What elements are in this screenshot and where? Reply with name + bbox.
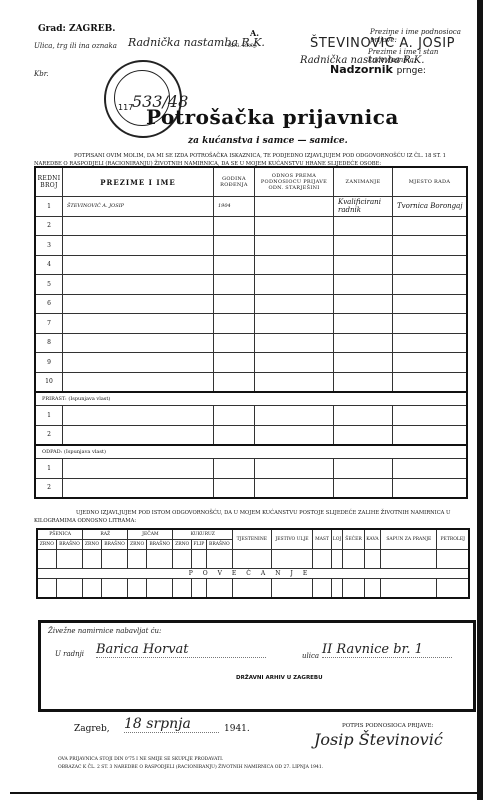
- cell-workplace[interactable]: [393, 333, 468, 353]
- cell-relation[interactable]: [255, 216, 334, 236]
- stock-cell[interactable]: [206, 579, 233, 599]
- prirast-label: PRIRAST: (Ispunjava vlast): [35, 392, 467, 406]
- row-number: 5: [35, 275, 63, 295]
- table-row: 3: [35, 236, 467, 256]
- cell-birth-year[interactable]: [214, 294, 255, 314]
- row-number: 4: [35, 255, 63, 275]
- stock-group-header-row: PŠENICA RAŽ JEČAM KUKURUZ TJESTENINE JES…: [37, 529, 469, 540]
- cell-workplace[interactable]: [393, 478, 468, 498]
- cell-occupation[interactable]: [334, 255, 393, 275]
- cell-occupation[interactable]: [334, 406, 393, 426]
- sub-brasno: BRAŠNO: [56, 540, 83, 550]
- col-workplace: MJESTO RADA: [393, 167, 468, 197]
- col-sapun: SAPUN ZA PRANJE: [381, 529, 437, 550]
- stock-cell[interactable]: [271, 550, 313, 569]
- cell-name[interactable]: ŠTEVINOVIĆ A. JOSIP: [63, 197, 214, 217]
- increase-row: POVEĆANJE: [37, 569, 469, 579]
- cell-workplace[interactable]: [393, 275, 468, 295]
- row-number: 2: [35, 216, 63, 236]
- col-secer: ŠEĆER: [343, 529, 364, 550]
- col-relation: ODNOS PREMA PODNOSIOCU PRIJAVE ODN. STAR…: [255, 167, 334, 197]
- cell-occupation[interactable]: [334, 275, 393, 295]
- cell-birth-year[interactable]: [214, 314, 255, 334]
- cell-relation[interactable]: [255, 353, 334, 373]
- cell-relation[interactable]: [255, 314, 334, 334]
- table-row: 6: [35, 294, 467, 314]
- group-raz: RAŽ: [83, 529, 128, 540]
- supervisor-stamp-suffix: prnge:: [397, 66, 426, 76]
- stock-cell[interactable]: [128, 579, 147, 599]
- house-number-label: Kbr.: [34, 70, 49, 78]
- cell-workplace[interactable]: [393, 314, 468, 334]
- stock-cell[interactable]: [191, 579, 206, 599]
- cell-birth-year[interactable]: [214, 372, 255, 392]
- row-number: 7: [35, 314, 63, 334]
- cell-relation[interactable]: [255, 406, 334, 426]
- form-title: Potrošačka prijavnica: [146, 105, 399, 129]
- stock-cell[interactable]: [233, 579, 271, 599]
- col-tjestenine: TJESTENINE: [233, 529, 271, 550]
- cell-workplace[interactable]: Tvornica Borongaj: [393, 197, 468, 217]
- pickup-intro-label: Živežne namirnice nabavljat ću:: [48, 627, 161, 635]
- shop-value[interactable]: Barica Horvat: [96, 642, 266, 658]
- table-row: 2: [35, 478, 467, 498]
- table-row: 4: [35, 255, 467, 275]
- increase-value-row: [37, 579, 469, 599]
- street-label: Ulica, trg ili ina oznaka: [34, 42, 117, 50]
- archive-stamp: DRŽAVNI ARHIV U ZAGREBU: [236, 675, 323, 681]
- table-row: 8: [35, 333, 467, 353]
- cell-birth-year[interactable]: [214, 236, 255, 256]
- stock-cell[interactable]: [364, 579, 380, 599]
- cell-relation[interactable]: [255, 425, 334, 445]
- stock-cell[interactable]: [437, 550, 469, 569]
- col-jestivo-ulje: JESTIVO ULJE: [271, 529, 313, 550]
- cell-relation[interactable]: [255, 372, 334, 392]
- group-psenica: PŠENICA: [37, 529, 83, 540]
- city-heading: Grad: ZAGREB.: [38, 24, 115, 34]
- stock-cell[interactable]: [343, 550, 364, 569]
- row-number: 2: [35, 478, 63, 498]
- cell-occupation[interactable]: [334, 333, 393, 353]
- signature-value[interactable]: Josip Števinović: [314, 730, 443, 749]
- price-note: OVA PRIJAVNICA STOJI DIN 0'75 I NE SMIJE…: [58, 757, 223, 762]
- col-occupation: ZANIMANJE: [334, 167, 393, 197]
- table-row: 7: [35, 314, 467, 334]
- stock-cell[interactable]: [101, 579, 128, 599]
- regulation-note: OBRAZAC K ČL. 2 ST. 3 NAREDBE O RASPODJE…: [58, 765, 323, 770]
- cell-birth-year[interactable]: [214, 275, 255, 295]
- cell-name[interactable]: [63, 216, 214, 236]
- cell-workplace[interactable]: [393, 216, 468, 236]
- cell-birth-year[interactable]: [214, 459, 255, 479]
- scan-edge: [477, 0, 483, 800]
- date-value[interactable]: 18 srpnja: [124, 716, 219, 733]
- cell-occupation[interactable]: [334, 425, 393, 445]
- sub-zrno: ZRNO: [128, 540, 147, 550]
- cell-occupation[interactable]: [334, 314, 393, 334]
- cell-name[interactable]: [63, 478, 214, 498]
- cell-birth-year[interactable]: [214, 255, 255, 275]
- cell-workplace[interactable]: [393, 255, 468, 275]
- cell-relation[interactable]: [255, 478, 334, 498]
- cell-birth-year[interactable]: [214, 216, 255, 236]
- cell-workplace[interactable]: [393, 406, 468, 426]
- cell-name[interactable]: [63, 236, 214, 256]
- household-header-row: REDNI BROJ PREZIME I IME GODINA ROĐENJA …: [35, 167, 467, 197]
- col-name: PREZIME I IME: [63, 167, 214, 197]
- prirast-section-header: PRIRAST: (Ispunjava vlast): [35, 392, 467, 406]
- stock-cell[interactable]: [83, 550, 102, 569]
- stock-cell[interactable]: [146, 550, 173, 569]
- cell-birth-year[interactable]: [214, 478, 255, 498]
- cell-birth-year[interactable]: [214, 425, 255, 445]
- row-number: 6: [35, 294, 63, 314]
- cell-relation[interactable]: [255, 275, 334, 295]
- cell-name[interactable]: [63, 314, 214, 334]
- cell-name[interactable]: [63, 406, 214, 426]
- pickup-street-value[interactable]: II Ravnice br. 1: [322, 642, 452, 658]
- stock-cell[interactable]: [233, 550, 271, 569]
- table-row: 10: [35, 372, 467, 392]
- stock-cell[interactable]: [381, 579, 437, 599]
- cell-name[interactable]: [63, 372, 214, 392]
- sub-brasno: BRAŠNO: [146, 540, 173, 550]
- cell-occupation[interactable]: [334, 353, 393, 373]
- table-row: 2: [35, 216, 467, 236]
- cell-name[interactable]: [63, 333, 214, 353]
- col-number: REDNI BROJ: [35, 167, 63, 197]
- stock-cell[interactable]: [343, 579, 364, 599]
- cell-relation[interactable]: [255, 236, 334, 256]
- stock-cell[interactable]: [331, 550, 343, 569]
- supervisor-stamp-text: Nadzornik: [330, 63, 393, 76]
- stock-cell[interactable]: [173, 550, 192, 569]
- stock-cell[interactable]: [37, 550, 56, 569]
- stock-cell[interactable]: [173, 579, 192, 599]
- cell-relation[interactable]: [255, 333, 334, 353]
- cell-birth-year[interactable]: 1904: [214, 197, 255, 217]
- cell-occupation[interactable]: Kvalificirani radnik: [334, 197, 393, 217]
- row-number: 8: [35, 333, 63, 353]
- cell-name[interactable]: [63, 294, 214, 314]
- col-birth-year: GODINA ROĐENJA: [214, 167, 255, 197]
- cell-occupation[interactable]: [334, 236, 393, 256]
- table-row: 1: [35, 406, 467, 426]
- sub-brasno: BRAŠNO: [206, 540, 233, 550]
- cell-relation[interactable]: [255, 294, 334, 314]
- cell-workplace[interactable]: [393, 459, 468, 479]
- table-row: 1: [35, 459, 467, 479]
- stock-cell[interactable]: [381, 550, 437, 569]
- stock-value-row: [37, 550, 469, 569]
- odpad-label: ODPAD: (Ispunjava vlast): [35, 445, 467, 459]
- sub-flip: FLIP: [191, 540, 206, 550]
- cell-workplace[interactable]: [393, 353, 468, 373]
- stock-cell[interactable]: [83, 579, 102, 599]
- cell-birth-year[interactable]: [214, 406, 255, 426]
- cell-name[interactable]: [63, 353, 214, 373]
- cell-workplace[interactable]: [393, 425, 468, 445]
- stock-cell[interactable]: [364, 550, 380, 569]
- cell-birth-year[interactable]: [214, 333, 255, 353]
- row-number: 2: [35, 425, 63, 445]
- sub-zrno: ZRNO: [83, 540, 102, 550]
- cell-occupation[interactable]: [334, 478, 393, 498]
- col-loj: LOJ: [331, 529, 343, 550]
- cell-occupation[interactable]: [334, 216, 393, 236]
- stock-cell[interactable]: [313, 579, 331, 599]
- form-subtitle: za kućanstva i samce — samice.: [188, 136, 348, 146]
- row-number: 9: [35, 353, 63, 373]
- odpad-section-header: ODPAD: (Ispunjava vlast): [35, 445, 467, 459]
- cell-relation[interactable]: [255, 255, 334, 275]
- stock-cell[interactable]: [128, 550, 147, 569]
- cell-name[interactable]: [63, 275, 214, 295]
- col-mast: MAST: [313, 529, 331, 550]
- stock-table: PŠENICA RAŽ JEČAM KUKURUZ TJESTENINE JES…: [36, 528, 470, 599]
- stock-cell[interactable]: [146, 579, 173, 599]
- cell-relation[interactable]: [255, 459, 334, 479]
- street-value[interactable]: Radnička nastamba R.K.: [128, 36, 265, 49]
- pickup-street-label: ulica: [302, 652, 319, 660]
- sub-zrno: ZRNO: [173, 540, 192, 550]
- stock-cell[interactable]: [331, 579, 343, 599]
- cell-name[interactable]: [63, 459, 214, 479]
- stock-cell[interactable]: [56, 579, 83, 599]
- row-number: 1: [35, 406, 63, 426]
- row-number: 1: [35, 459, 63, 479]
- cell-occupation[interactable]: [334, 459, 393, 479]
- sub-zrno: ZRNO: [37, 540, 56, 550]
- bottom-border: [10, 792, 480, 794]
- cell-workplace[interactable]: [393, 294, 468, 314]
- row-number: 1: [35, 197, 63, 217]
- table-row: 1 ŠTEVINOVIĆ A. JOSIP 1904 Kvalificirani…: [35, 197, 467, 217]
- stock-cell[interactable]: [56, 550, 83, 569]
- stock-cell[interactable]: [437, 579, 469, 599]
- sub-brasno: BRAŠNO: [101, 540, 128, 550]
- stock-cell[interactable]: [191, 550, 206, 569]
- table-row: 9: [35, 353, 467, 373]
- stock-cell[interactable]: [271, 579, 313, 599]
- row-number: 3: [35, 236, 63, 256]
- household-table: REDNI BROJ PREZIME I IME GODINA ROĐENJA …: [34, 166, 468, 499]
- cell-birth-year[interactable]: [214, 353, 255, 373]
- cell-name[interactable]: [63, 425, 214, 445]
- stamp-printed-number: 117: [118, 103, 133, 112]
- group-jecam: JEČAM: [128, 529, 173, 540]
- stock-declaration-text: UJEDNO IZJAVLJUJEM POD ISTOM ODGOVORNOŠĆ…: [34, 509, 470, 525]
- cell-relation[interactable]: [255, 197, 334, 217]
- stock-cell[interactable]: [37, 579, 56, 599]
- increase-label: POVEĆANJE: [37, 569, 469, 579]
- signature-label: POTPIS PODNOSIOCA PRIJAVE:: [342, 723, 433, 729]
- table-row: 2: [35, 425, 467, 445]
- cell-name[interactable]: [63, 255, 214, 275]
- cell-occupation[interactable]: [334, 372, 393, 392]
- row-number: 10: [35, 372, 63, 392]
- col-petrolej: PETROLEJ: [437, 529, 469, 550]
- cell-occupation[interactable]: [334, 294, 393, 314]
- table-row: 5: [35, 275, 467, 295]
- stock-cell[interactable]: [206, 550, 233, 569]
- place-label: Zagreb,: [74, 724, 110, 734]
- cell-workplace[interactable]: [393, 372, 468, 392]
- stock-cell[interactable]: [101, 550, 128, 569]
- stock-cell[interactable]: [313, 550, 331, 569]
- col-kava: KAVA: [364, 529, 380, 550]
- year-value: 1941.: [224, 724, 250, 734]
- supervisor-stamp: Nadzornik prnge:: [330, 63, 426, 76]
- group-kukuruz: KUKURUZ: [173, 529, 233, 540]
- cell-workplace[interactable]: [393, 236, 468, 256]
- shop-label: U radnji: [55, 650, 84, 658]
